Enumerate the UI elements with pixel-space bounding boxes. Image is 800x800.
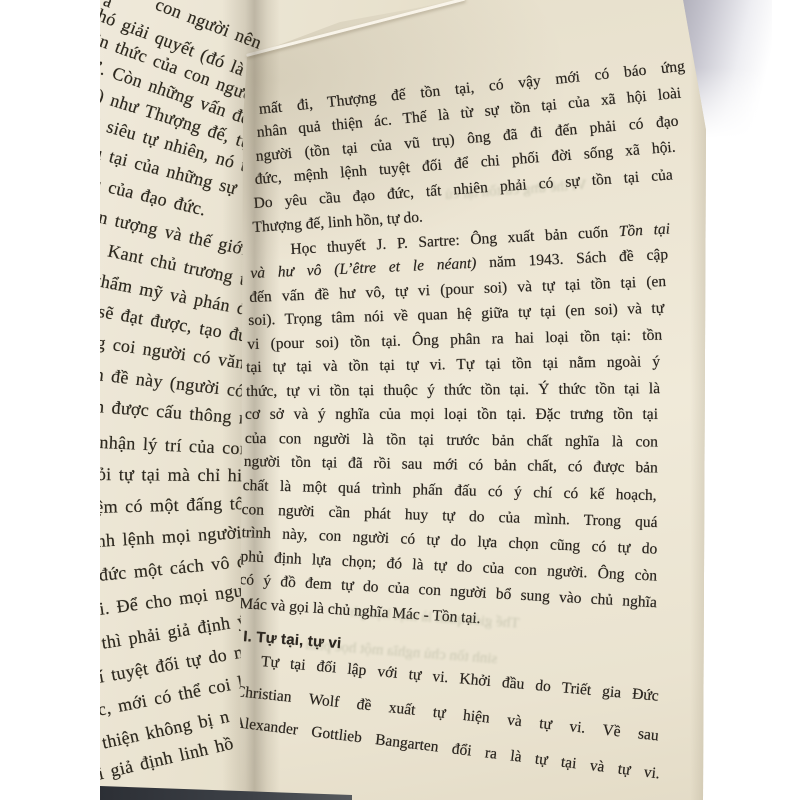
text-line: thức, tự vi tồn tại thuộc ý thức tồn tại… [246,379,660,402]
text: đức một cách vô điề [98,550,261,585]
text: cơ sở và ý nghĩa của mọi loại tồn tại. Đ… [245,406,658,423]
text-line: tại tự tại và tồn tại tự vi. Tự tại tồn … [246,352,660,378]
text-line: ỏi tự tại mà chỉ hiểu [97,464,260,486]
text: người tồn tại đã rồi sau mới có bản chất… [244,453,658,477]
text: vi (pour soi) tồn tại. Ông phân ra hai l… [247,327,662,353]
text-line: nh lệnh mọi người [96,522,242,552]
text: nhận lý trí của con [99,432,249,459]
text-line: cơ sở và ý nghĩa của mọi loại tồn tại. Đ… [245,405,658,425]
text: ỏi tự tại mà chỉ hiểu [97,464,260,485]
text-line: của con người là tồn tại trước bản chất … [245,429,658,453]
text: tại tự tại và tồn tại tự vi. Tự tại tồn … [246,353,660,376]
book-pages: ấcon người nênhó giải quyết (đó là hận t… [100,0,706,800]
text: năm 1943. Sách đề cập [476,246,668,272]
text-line: vi (pour soi) tồn tại. Ông phân ra hai l… [247,326,662,356]
text: nh lệnh mọi người [96,522,242,551]
text: của con người là tồn tại trước bản chất … [245,430,658,451]
text: chất là một quá trình phấn đấu có ý chí … [243,477,657,504]
book-photo: ấcon người nênhó giải quyết (đó là hận t… [0,0,800,800]
text: Thượng đế, linh hồn, tự do. [252,209,423,236]
italic-text: và hư vô (L’être et le néant) [250,255,477,282]
italic-text: Tồn tại [618,220,670,240]
text-line: nhận lý trí của con [99,432,249,460]
text-line: người tồn tại đã rồi sau mới có bản chất… [244,452,658,479]
text: thức, tự vi tồn tại thuộc ý thức tồn tại… [246,380,660,400]
